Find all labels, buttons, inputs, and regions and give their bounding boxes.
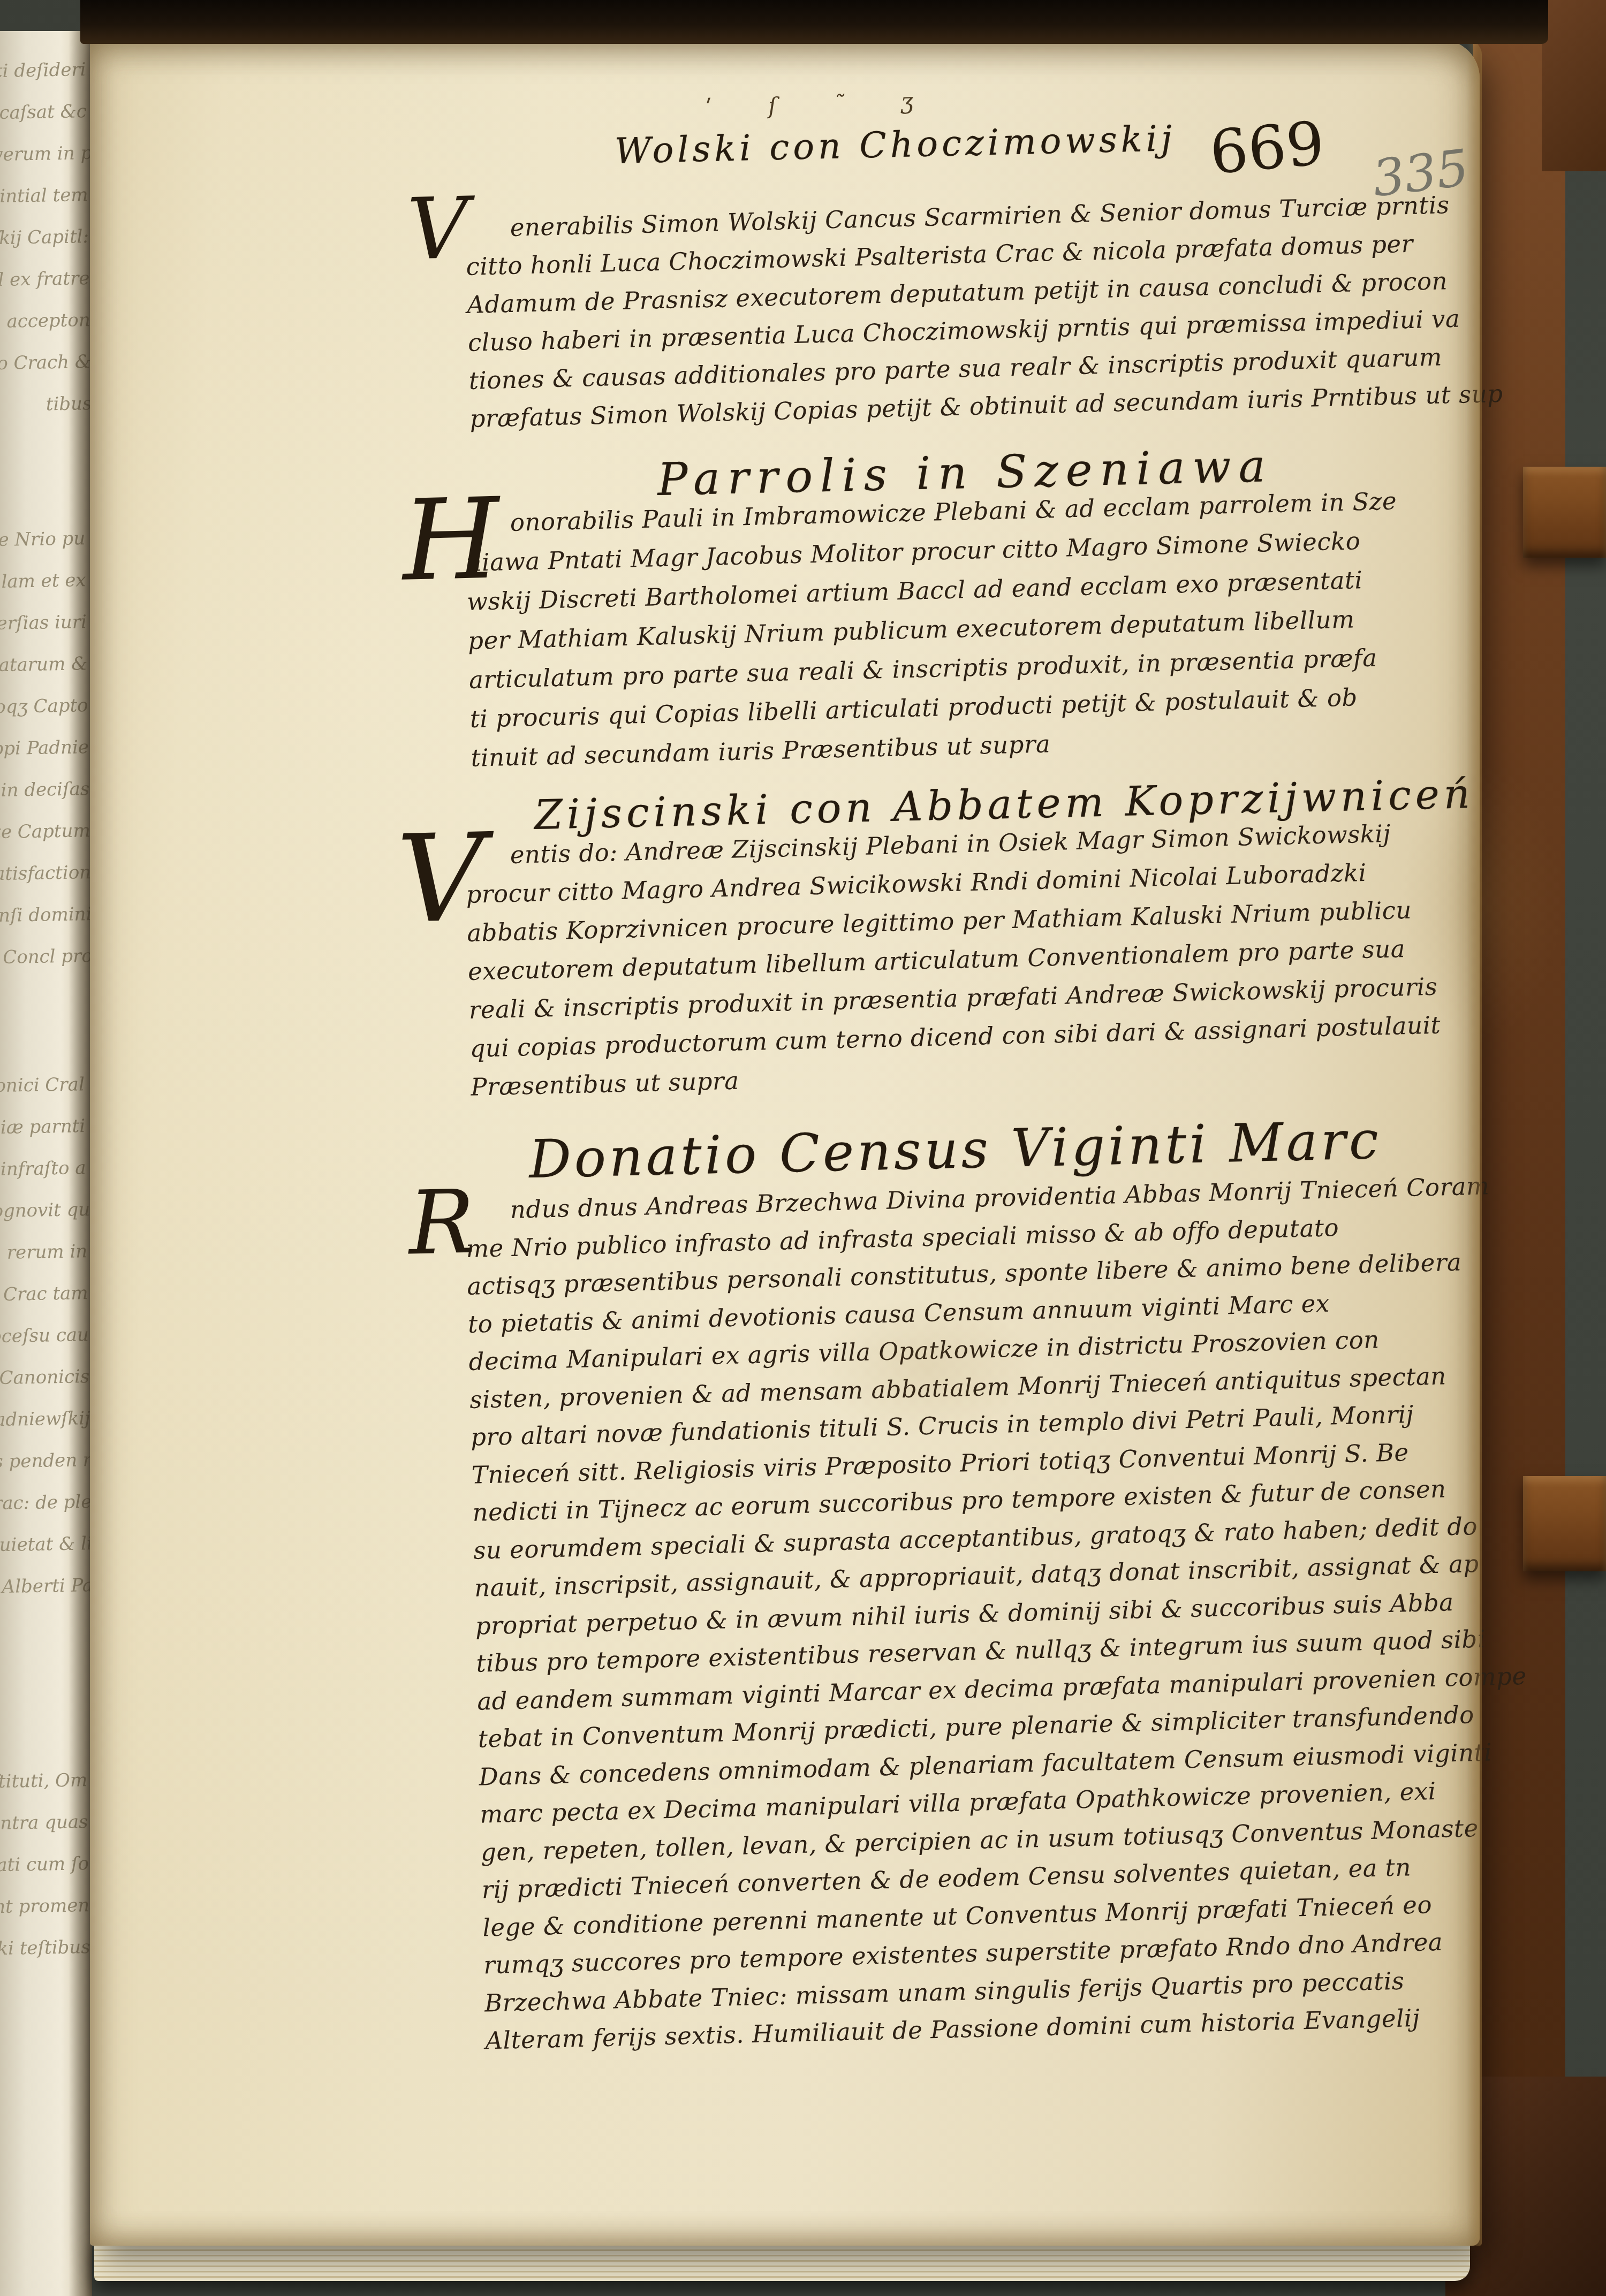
- entry-paragraph-zijscinski: V entis do: Andreæ Zijscinskij Plebani i…: [465, 814, 1442, 1107]
- paragraph-lines: enerabilis Simon Wolskij Cancus Scarmiri…: [465, 185, 1503, 438]
- drop-cap: V: [396, 830, 486, 929]
- drop-cap: V: [406, 195, 469, 264]
- paragraph-lines: entis do: Andreæ Zijscinskij Plebani in …: [465, 814, 1442, 1107]
- manuscript-page: ʹ ſ ˜ ʒ 669 335 Wolski con Choczimowskij…: [90, 40, 1480, 2246]
- pen-flourish: ʹ ſ ˜ ʒ: [705, 87, 938, 121]
- book-top-binding-edge: [80, 0, 1548, 44]
- leather-strap-upper: [1523, 467, 1606, 558]
- entry-heading-wolski: Wolski con Choczimowskij: [614, 118, 1176, 172]
- page-block-bottom-edge: [94, 2240, 1470, 2281]
- leather-strap-lower: [1523, 1476, 1606, 1571]
- drop-cap: H: [401, 495, 501, 586]
- paragraph-lines: onorabilis Pauli in Imbramowicze Plebani…: [465, 481, 1403, 777]
- gutter-shadow: [69, 31, 92, 2296]
- drop-cap: R: [408, 1187, 476, 1259]
- leather-cover-top-corner: [1542, 0, 1606, 171]
- folio-number-ink: 669: [1207, 109, 1327, 188]
- entry-paragraph-parrolis: H onorabilis Pauli in Imbramowicze Pleba…: [465, 481, 1403, 777]
- paragraph-lines: ndus dnus Andreas Brzechwa Divina provid…: [465, 1167, 1535, 2060]
- manuscript-photo: ſtati deſiderificat caſsat &cplenaria ve…: [0, 0, 1606, 2296]
- entry-paragraph-wolski: V enerabilis Simon Wolskij Cancus Scarmi…: [465, 185, 1503, 438]
- entry-paragraph-donatio: R ndus dnus Andreas Brzechwa Divina prov…: [465, 1167, 1535, 2060]
